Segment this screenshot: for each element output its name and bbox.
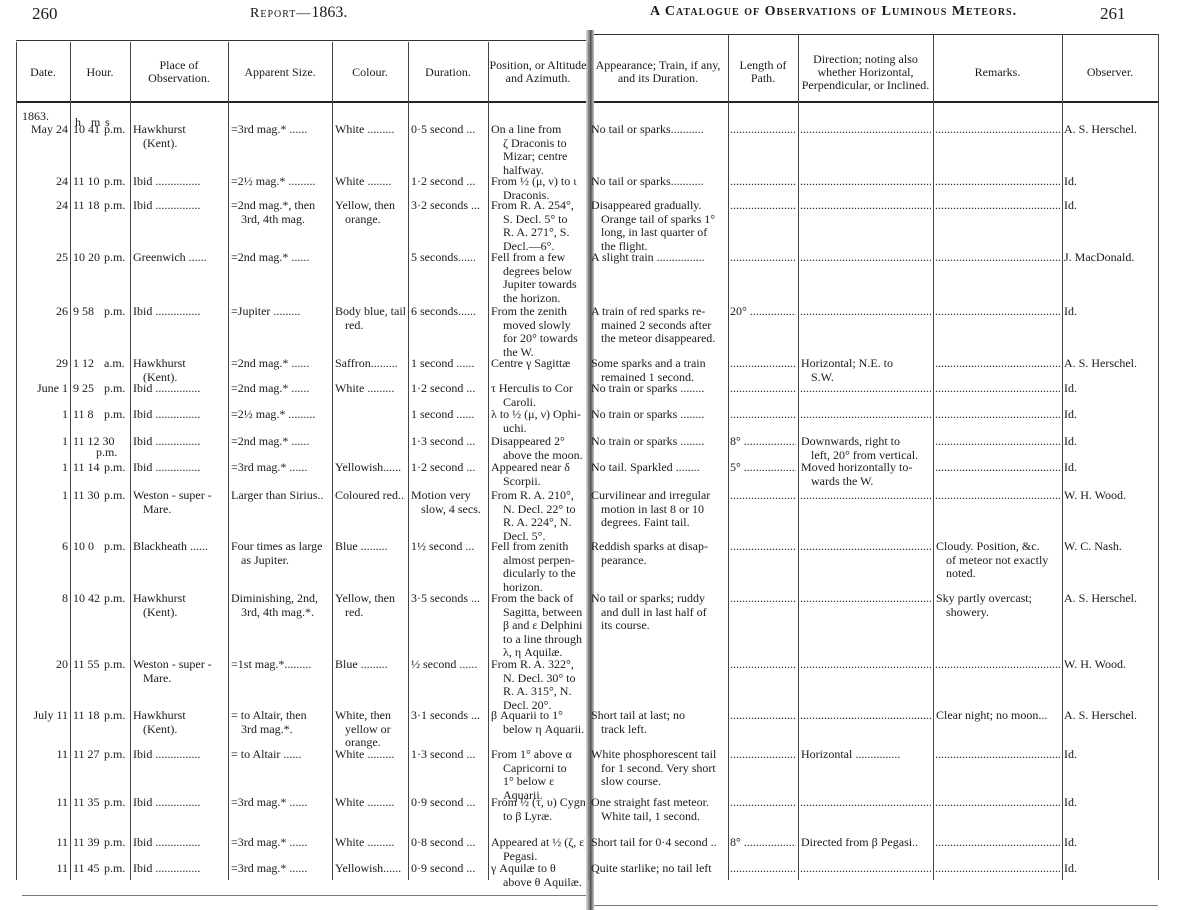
column-divider (933, 34, 934, 880)
row-duration-line: 1½ second ... (411, 540, 485, 554)
row-position-line: moved slowly (503, 319, 587, 333)
row-ampm: p.m. (104, 175, 125, 189)
row-colour-line: Blue ......... (335, 540, 405, 554)
row-remarks-leader: ........................................… (935, 435, 1060, 449)
running-title-text: Report— (250, 6, 311, 21)
row-duration-line: 0·9 second ... (411, 862, 485, 876)
row-position-line: Centre γ Sagittæ (491, 357, 585, 371)
row-hour: 11 27 (73, 748, 100, 762)
row-duration-line: 1·3 second ... (411, 435, 485, 449)
row-size-line: = to Altair ...... (231, 748, 329, 762)
column-divider (1158, 34, 1159, 880)
row-position-line: degrees below (503, 265, 587, 279)
row-size-line: =3rd mag.* ...... (231, 836, 329, 850)
row-date: 11 (16, 796, 68, 810)
row-position-line: almost perpen- (503, 554, 587, 568)
row-date: 25 (16, 251, 68, 265)
row-hour: 11 18 (73, 709, 100, 723)
row-place-line: Ibid ............... (133, 748, 225, 762)
row-position-line: γ Aquilæ to θ (491, 862, 585, 876)
row-position-line: 1° below ε (503, 775, 587, 789)
row-length: .............................. (730, 408, 796, 422)
row-position-line: above θ Aquilæ. (503, 876, 587, 890)
row-direction-leader: ........................................… (800, 709, 931, 723)
column-header-date: Date. (16, 42, 70, 102)
row-hour: 11 14 (73, 461, 100, 475)
row-remarks-leader: ........................................… (935, 305, 1060, 319)
row-hour: 11 30 (73, 489, 100, 503)
row-direction-leader: ........................................… (800, 408, 931, 422)
row-colour-line: White ......... (335, 796, 405, 810)
row-position-line: dicularly to the (503, 567, 587, 581)
column-divider (332, 42, 333, 880)
row-size-line: =3rd mag.* ...... (231, 796, 329, 810)
row-size-line: =2nd mag.* ...... (231, 382, 329, 396)
row-remarks-line: noted. (946, 567, 1059, 581)
row-size-line: as Jupiter. (241, 554, 329, 568)
row-observer: A. S. Herschel. (1064, 357, 1137, 371)
row-ampm: p.m. (104, 489, 125, 503)
row-place-line: Ibid ............... (133, 305, 225, 319)
row-date: 6 (16, 540, 68, 554)
row-remarks-leader: ........................................… (935, 251, 1060, 265)
row-hour: 11 8 (73, 408, 94, 422)
row-position-line: Jupiter towards (503, 278, 587, 292)
row-appearance-line: A train of red sparks re- (591, 305, 725, 319)
row-appearance-line: Quite starlike; no tail left (591, 862, 725, 876)
row-direction-line: Directed from β Pegasi.. (801, 836, 930, 850)
row-appearance-line: Curvilinear and irregular (591, 489, 725, 503)
row-length: 20° .............................. (730, 305, 796, 319)
row-appearance-line: long, in last quarter of (601, 226, 725, 240)
row-appearance-line: No tail or sparks........... (591, 175, 725, 189)
row-position-line: τ Herculis to Cor (491, 382, 585, 396)
column-header-place: Place of Observation. (130, 42, 228, 102)
row-place-line: Ibid ............... (133, 175, 225, 189)
row-duration-line: 0·8 second ... (411, 836, 485, 850)
row-direction-leader: ........................................… (800, 199, 931, 213)
row-appearance-line: No tail. Sparkled ........ (591, 461, 725, 475)
row-place-line: Ibid ............... (133, 408, 225, 422)
row-observer: Id. (1064, 461, 1077, 475)
row-ampm: p.m. (104, 796, 125, 810)
row-remarks-leader: ........................................… (935, 862, 1060, 876)
row-observer: Id. (1064, 382, 1077, 396)
row-length: .............................. (730, 748, 796, 762)
row-position-line: the horizon. (503, 292, 587, 306)
row-remarks-leader: ........................................… (935, 123, 1060, 137)
row-size-line: =2nd mag.* ...... (231, 357, 329, 371)
row-size-line: =2½ mag.* ......... (231, 175, 329, 189)
row-length: .............................. (730, 251, 796, 265)
column-divider (70, 42, 71, 880)
row-position-line: S. Decl. 5° to (503, 213, 587, 227)
row-place-line: Weston - super - (133, 658, 225, 672)
row-appearance-line: track left. (601, 723, 725, 737)
row-length: 8° .............................. (730, 836, 796, 850)
column-header-duration: Duration. (408, 42, 488, 102)
row-remarks-leader: ........................................… (935, 199, 1060, 213)
row-date: 8 (16, 592, 68, 606)
row-observer: A. S. Herschel. (1064, 123, 1137, 137)
row-size-line: =3rd mag.* ...... (231, 862, 329, 876)
row-date: May 24 (16, 123, 68, 137)
running-title-year: 1863. (311, 4, 347, 21)
row-place-line: Ibid ............... (133, 862, 225, 876)
row-colour-line: Yellow, then (335, 199, 405, 213)
running-title-left: Report—1863. (250, 4, 347, 22)
row-duration-line: 1·2 second ... (411, 461, 485, 475)
row-position-line: On a line from (491, 123, 585, 137)
row-duration-line: Motion very (411, 489, 485, 503)
row-colour-line: White ......... (335, 382, 405, 396)
row-duration-line: 1·2 second ... (411, 175, 485, 189)
row-appearance-line: pearance. (601, 554, 725, 568)
table-top-rule (16, 40, 586, 41)
row-size-line: =3rd mag.* ...... (231, 123, 329, 137)
row-remarks-line: of meteor not exactly (946, 554, 1059, 568)
row-size-line: Diminishing, 2nd, (231, 592, 329, 606)
row-direction-leader: ........................................… (800, 305, 931, 319)
row-ampm: p.m. (104, 305, 125, 319)
row-position-line: Mizar; centre (503, 150, 587, 164)
row-observer: A. S. Herschel. (1064, 709, 1137, 723)
row-remarks-leader: ........................................… (935, 461, 1060, 475)
row-duration-line: 0·9 second ... (411, 796, 485, 810)
row-hour: 10 42 (73, 592, 100, 606)
row-hour: 11 45 (73, 862, 100, 876)
row-remarks-leader: ........................................… (935, 489, 1060, 503)
row-position-line: ζ Draconis to (503, 137, 587, 151)
row-appearance-line: motion in last 8 or 10 (601, 503, 725, 517)
row-colour-line: Coloured red... (335, 489, 405, 503)
row-hour: 1 12 (73, 357, 94, 371)
row-length: .............................. (730, 658, 796, 672)
row-remarks-line: Cloudy. Position, &c. (936, 540, 1059, 554)
row-size-line: Larger than Sirius.. (231, 489, 329, 503)
row-colour-line: White ........ (335, 175, 405, 189)
table-bottom-rule (22, 895, 586, 896)
row-direction-leader: ........................................… (800, 489, 931, 503)
row-remarks-leader: ........................................… (935, 175, 1060, 189)
row-position-line: Fell from zenith (491, 540, 585, 554)
row-appearance-line: Disappeared gradually. (591, 199, 725, 213)
row-position-line: β Aquarii to 1° (491, 709, 585, 723)
row-length: .............................. (730, 175, 796, 189)
row-place-line: Ibid ............... (133, 199, 225, 213)
row-ampm: p.m. (104, 408, 125, 422)
row-ampm: p.m. (104, 592, 125, 606)
row-direction-leader: ........................................… (800, 658, 931, 672)
row-colour-line: orange. (345, 213, 405, 227)
row-ampm: p.m. (104, 251, 125, 265)
row-direction-leader: ........................................… (800, 251, 931, 265)
row-duration-line: 0·5 second ... (411, 123, 485, 137)
row-appearance-line: slow course. (601, 775, 725, 789)
row-size-line: =2nd mag.* ...... (231, 251, 329, 265)
row-length: 5° .............................. (730, 461, 796, 475)
row-size-line: = to Altair, then (231, 709, 329, 723)
row-observer: Id. (1064, 305, 1077, 319)
row-duration-line: 3·2 seconds ... (411, 199, 485, 213)
row-hour: 11 10 (73, 175, 100, 189)
row-appearance-line: A slight train ................ (591, 251, 725, 265)
column-divider (1062, 34, 1063, 880)
row-appearance-line: Some sparks and a train (591, 357, 725, 371)
row-appearance-line: degrees. Faint tail. (601, 516, 725, 530)
row-hour: 10 41 (73, 123, 100, 137)
row-remarks-line: Sky partly overcast; (936, 592, 1059, 606)
column-divider (408, 42, 409, 880)
row-ampm: p.m. (104, 862, 125, 876)
row-position-line: From R. A. 210°, (491, 489, 585, 503)
row-place-line: Mare. (143, 503, 225, 517)
row-appearance-line: mained 2 seconds after (601, 319, 725, 333)
row-duration-line: ½ second ...... (411, 658, 485, 672)
row-appearance-line: No train or sparks ........ (591, 382, 725, 396)
row-colour-line: White, then (335, 709, 405, 723)
row-date: 1 (16, 489, 68, 503)
row-observer: W. C. Nash. (1064, 540, 1122, 554)
row-observer: Id. (1064, 175, 1077, 189)
row-size-line: =1st mag.*......... (231, 658, 329, 672)
row-remarks-leader: ........................................… (935, 796, 1060, 810)
row-ampm: p.m. (104, 540, 125, 554)
row-appearance-line: Reddish sparks at disap- (591, 540, 725, 554)
row-place-line: (Kent). (143, 606, 225, 620)
row-position-line: From ½ (τ, υ) Cygni (491, 796, 585, 810)
row-place-line: Blackheath ...... (133, 540, 225, 554)
row-ampm: p.m. (104, 748, 125, 762)
row-observer: Id. (1064, 796, 1077, 810)
row-appearance-line: No tail or sparks; ruddy (591, 592, 725, 606)
row-position-line: From ½ (μ, ν) to ι (491, 175, 585, 189)
row-place-line: Ibid ............... (133, 796, 225, 810)
row-position-line: From R. A. 254°, (491, 199, 585, 213)
page-number-right: 261 (1100, 4, 1126, 24)
column-divider (228, 42, 229, 880)
row-hour: 10 20 (73, 251, 100, 265)
row-observer: Id. (1064, 748, 1077, 762)
row-hour: 11 35 (73, 796, 100, 810)
row-observer: W. H. Wood. (1064, 658, 1126, 672)
row-observer: A. S. Herschel. (1064, 592, 1137, 606)
row-position-line: From the back of (491, 592, 585, 606)
row-colour-line: Yellowish...... (335, 461, 405, 475)
row-observer: J. MacDonald. (1064, 251, 1134, 265)
row-observer: Id. (1064, 435, 1077, 449)
column-header-observer: Observer. (1062, 42, 1158, 102)
row-position-line: N. Decl. 30° to (503, 672, 587, 686)
row-colour-line: Blue ......... (335, 658, 405, 672)
row-colour-line: yellow or (345, 723, 405, 737)
row-date: 29 (16, 357, 68, 371)
row-duration-line: 1·2 second ... (411, 382, 485, 396)
row-position-line: R. A. 271°, S. (503, 226, 587, 240)
row-remarks-leader: ........................................… (935, 836, 1060, 850)
row-observer: Id. (1064, 836, 1077, 850)
column-header-length: Length of Path. (728, 42, 798, 102)
table-bottom-rule-right (594, 905, 1158, 906)
row-position-line: below η Aquarii. (503, 723, 587, 737)
row-hour: 11 55 (73, 658, 100, 672)
column-divider (130, 42, 131, 880)
row-date: 1 (16, 435, 68, 449)
row-position-line: Sagitta, between (503, 606, 587, 620)
row-size-line: 3rd, 4th mag.*. (241, 606, 329, 620)
row-place-line: Ibid ............... (133, 382, 225, 396)
row-hour: 9 58 (73, 305, 94, 319)
row-appearance-line: Short tail for 0·4 second .. (591, 836, 725, 850)
column-header-colour: Colour. (332, 42, 408, 102)
column-header-position: Position, or Altitude and Azimuth. (488, 42, 588, 102)
row-length: 8° .............................. (730, 435, 796, 449)
row-date: 1 (16, 408, 68, 422)
row-ampm: p.m. (104, 123, 125, 137)
row-size-line: =2nd mag.* ...... (231, 435, 329, 449)
row-position-line: Appeared near δ (491, 461, 585, 475)
row-date: 24 (16, 175, 68, 189)
row-ampm: p.m. (104, 382, 125, 396)
row-place-line: Hawkhurst (133, 592, 225, 606)
row-appearance-line: the meteor disappeared. (601, 332, 725, 346)
row-length: .............................. (730, 489, 796, 503)
row-position-line: for 20° towards (503, 332, 587, 346)
row-ampm: p.m. (104, 658, 125, 672)
row-ampm: p.m. (96, 446, 117, 460)
row-place-line: Greenwich ...... (133, 251, 225, 265)
row-duration-line: 3·5 seconds ... (411, 592, 485, 606)
row-position-line: β and ε Delphini (503, 619, 587, 633)
row-place-line: Hawkhurst (133, 709, 225, 723)
row-appearance-line: No tail or sparks........... (591, 123, 725, 137)
column-header-direction: Direction; noting also whether Horizonta… (798, 42, 933, 102)
row-ampm: p.m. (104, 199, 125, 213)
row-place-line: Ibid ............... (133, 435, 225, 449)
row-duration-line: 1 second ...... (411, 357, 485, 371)
column-header-size: Apparent Size. (228, 42, 332, 102)
row-length: .............................. (730, 796, 796, 810)
row-position-line: N. Decl. 22° to (503, 503, 587, 517)
row-length: .............................. (730, 382, 796, 396)
row-position-line: Fell from a few (491, 251, 585, 265)
row-direction-line: wards the W. (811, 475, 930, 489)
row-ampm: p.m. (104, 709, 125, 723)
row-duration-line: 3·1 seconds ... (411, 709, 485, 723)
row-direction-leader: ........................................… (800, 175, 931, 189)
row-position-line: Scorpii. (503, 475, 587, 489)
row-place-line: Ibid ............... (133, 461, 225, 475)
row-position-line: From 1° above α (491, 748, 585, 762)
row-position-line: From R. A. 322°, (491, 658, 585, 672)
row-observer: Id. (1064, 199, 1077, 213)
row-place-line: Weston - super - (133, 489, 225, 503)
row-size-line: =Jupiter ......... (231, 305, 329, 319)
row-direction-leader: ........................................… (800, 123, 931, 137)
row-hour: 11 18 (73, 199, 100, 213)
row-duration-line: 1 second ...... (411, 408, 485, 422)
row-colour-line: Yellowish...... (335, 862, 405, 876)
row-size-line: =3rd mag.* ...... (231, 461, 329, 475)
row-length: .............................. (730, 592, 796, 606)
row-appearance-line: and dull in last half of (601, 606, 725, 620)
column-divider (728, 34, 729, 880)
row-place-line: Ibid ............... (133, 836, 225, 850)
row-ampm: a.m. (104, 357, 125, 371)
row-colour-line: White ......... (335, 123, 405, 137)
row-colour-line: Saffron......... (335, 357, 405, 371)
row-position-line: uchi. (503, 422, 587, 436)
row-size-line: Four times as large (231, 540, 329, 554)
row-date: 11 (16, 836, 68, 850)
row-size-line: =2nd mag.*, then (231, 199, 329, 213)
row-appearance-line: One straight fast meteor. (591, 796, 725, 810)
row-appearance-line: White tail, 1 second. (601, 810, 725, 824)
row-observer: Id. (1064, 862, 1077, 876)
row-ampm: p.m. (104, 461, 125, 475)
row-length: .............................. (730, 862, 796, 876)
row-length: .............................. (730, 357, 796, 371)
row-position-line: Capricorni to (503, 762, 587, 776)
row-direction-leader: ........................................… (800, 796, 931, 810)
row-direction-line: Horizontal; N.E. to (801, 357, 930, 371)
row-date: 11 (16, 862, 68, 876)
row-position-line: Caroli. (503, 396, 587, 410)
row-date: July 11 (16, 709, 68, 723)
row-direction-line: Moved horizontally to- (801, 461, 930, 475)
row-position-line: R. A. 224°, N. (503, 516, 587, 530)
row-direction-line: Horizontal ............... (801, 748, 930, 762)
row-position-line: R. A. 315°, N. (503, 685, 587, 699)
row-remarks-leader: ........................................… (935, 408, 1060, 422)
row-observer: Id. (1064, 408, 1077, 422)
row-remarks-leader: ........................................… (935, 382, 1060, 396)
row-colour-line: White ......... (335, 836, 405, 850)
row-direction-line: left, 20° from vertical. (811, 449, 930, 463)
column-header-hour: Hour. (70, 42, 130, 102)
row-place-line: (Kent). (143, 723, 225, 737)
row-observer: W. H. Wood. (1064, 489, 1126, 503)
column-divider (488, 42, 489, 880)
row-appearance-line: its course. (601, 619, 725, 633)
column-divider (798, 34, 799, 880)
row-date: June 1 (16, 382, 68, 396)
row-direction-leader: ........................................… (800, 592, 931, 606)
row-colour-line: Body blue, tail (335, 305, 405, 319)
row-size-line: 3rd, 4th mag. (241, 213, 329, 227)
row-remarks-leader: ........................................… (935, 658, 1060, 672)
row-duration-line: 1·3 second ... (411, 748, 485, 762)
row-hour: 10 0 (73, 540, 94, 554)
page-number-left: 260 (32, 4, 58, 24)
row-appearance-line: for 1 second. Very short (601, 762, 725, 776)
row-position-line: to β Lyræ. (503, 810, 587, 824)
row-size-line: =2½ mag.* ......... (231, 408, 329, 422)
row-place-line: Mare. (143, 672, 225, 686)
row-remarks-line: Clear night; no moon... (936, 709, 1059, 723)
row-colour-line: red. (345, 319, 405, 333)
row-place-line: (Kent). (143, 137, 225, 151)
row-date: 20 (16, 658, 68, 672)
row-duration-line: slow, 4 secs. (421, 503, 485, 517)
row-date: 1 (16, 461, 68, 475)
row-appearance-line: Orange tail of sparks 1° (601, 213, 725, 227)
row-colour-line: White ......... (335, 748, 405, 762)
running-title-right: A Catalogue of Observations of Luminous … (650, 4, 1017, 20)
row-position-line: λ to ½ (μ, ν) Ophi- (491, 408, 585, 422)
row-direction-leader: ........................................… (800, 540, 931, 554)
row-appearance-line: Short tail at last; no (591, 709, 725, 723)
